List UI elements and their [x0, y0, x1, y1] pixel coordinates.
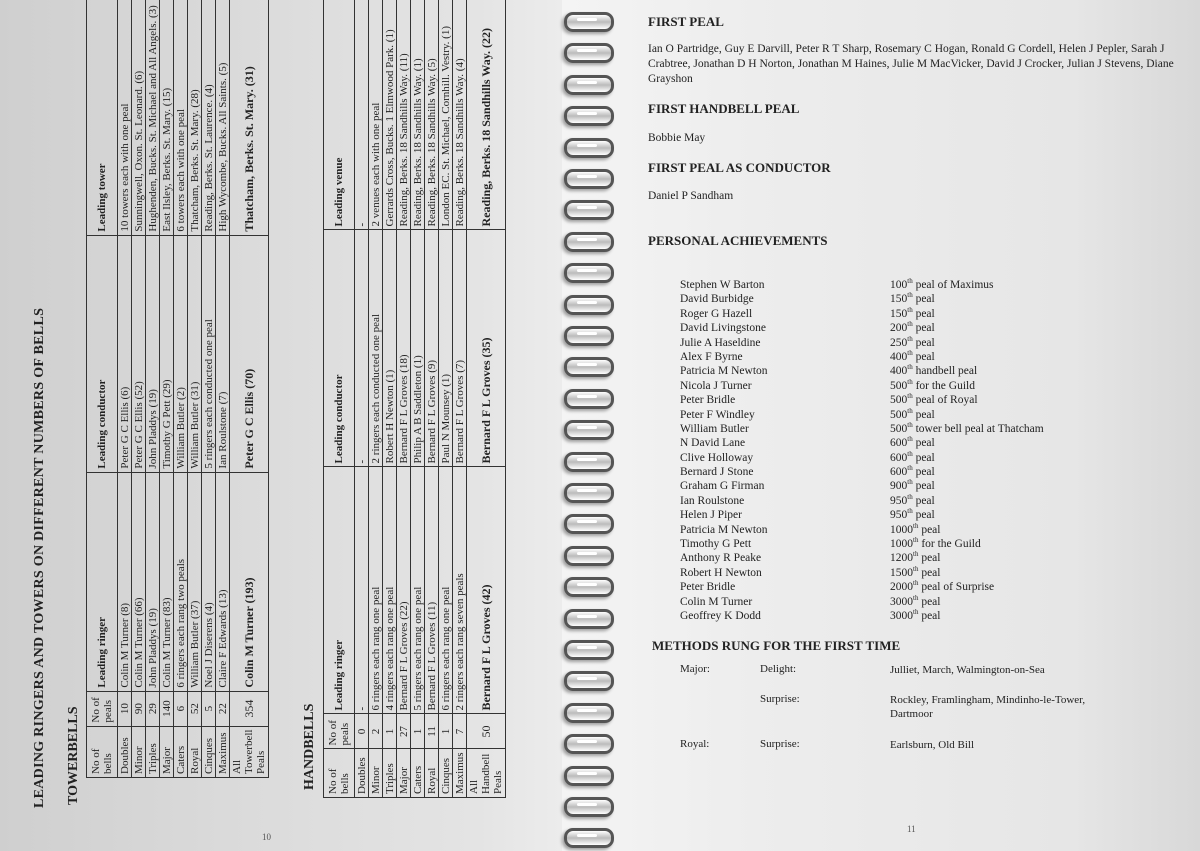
spiral-ring [564, 12, 614, 32]
cell-venue: Reading, Berks. 18 Sandhills Way. (22) [467, 0, 506, 230]
achievement-desc: 1000th for the Guild [890, 537, 981, 551]
achiever-name: Anthony R Peake [680, 551, 890, 565]
method-category [680, 693, 760, 721]
achievement-text: peal [916, 437, 935, 449]
achievement-number: 3000 [890, 596, 913, 608]
method-type: Surprise: [760, 693, 890, 721]
achievement-number: 400 [890, 351, 907, 363]
achievement-item: Roger G Hazell150th peal [680, 307, 1044, 321]
spiral-ring [564, 797, 614, 817]
achievement-desc: 150th peal [890, 292, 935, 306]
achievement-item: Geoffrey K Dodd3000th peal [680, 609, 1044, 623]
achievement-text: peal [916, 409, 935, 421]
cell-peals: 11 [425, 714, 439, 749]
cell-conductor: Timothy G Pett (29) [160, 235, 174, 472]
achievement-number: 3000 [890, 610, 913, 622]
achievement-text: peal [916, 495, 935, 507]
cell-tower: Hughenden, Bucks. St. Michael and All An… [146, 0, 160, 235]
achievement-text: peal [916, 322, 935, 334]
cell-bells: Maximus [216, 726, 230, 777]
achievement-number: 500 [890, 409, 907, 421]
achievement-number: 1500 [890, 567, 913, 579]
cell-peals: 2 [369, 714, 383, 749]
achiever-name: Clive Holloway [680, 451, 890, 465]
achievement-desc: 500th for the Guild [890, 379, 975, 393]
achievement-desc: 150th peal [890, 307, 935, 321]
achiever-name: Robert H Newton [680, 566, 890, 580]
cell-venue: Reading, Berks. 18 Sandhills Way. (11) [397, 0, 411, 230]
cell-peals: 354 [230, 691, 269, 726]
achievement-item: Graham G Firman900th peal [680, 479, 1044, 493]
achievement-text: peal [916, 293, 935, 305]
achievement-number: 1000 [890, 538, 913, 550]
handbells-table: No of bells No of peals Leading ringer L… [323, 0, 506, 798]
achievement-number: 400 [890, 365, 907, 377]
achiever-name: Roger G Hazell [680, 307, 890, 321]
achiever-name: Peter Bridle [680, 580, 890, 594]
achievement-desc: 1200th peal [890, 551, 940, 565]
achievement-desc: 100th peal of Maximus [890, 278, 994, 292]
achievement-text: peal [921, 610, 940, 622]
methods-heading: METHODS RUNG FOR THE FIRST TIME [652, 638, 900, 654]
spiral-ring [564, 483, 614, 503]
achievement-item: Helen J Piper950th peal [680, 508, 1044, 522]
spiral-ring [564, 734, 614, 754]
ordinal-suffix: th [913, 522, 918, 530]
ordinal-suffix: th [907, 478, 912, 486]
spiral-ring [564, 577, 614, 597]
achievement-number: 100 [890, 279, 907, 291]
cell-ringer: Colin M Turner (83) [160, 472, 174, 691]
spiral-ring [564, 671, 614, 691]
cell-ringer: Claire F Edwards (13) [216, 472, 230, 691]
cell-bells: All Towerbell Peals [230, 726, 269, 777]
achievement-desc: 600th peal [890, 465, 935, 479]
spiral-ring [564, 169, 614, 189]
cell-conductor: William Butler (31) [188, 235, 202, 472]
ordinal-suffix: th [913, 550, 918, 558]
cell-bells: Triples [383, 749, 397, 798]
cell-conductor: Peter G C Ellis (6) [118, 235, 132, 472]
table-row: Major27Bernard F L Groves (22)Bernard F … [397, 0, 411, 798]
ordinal-suffix: th [907, 335, 912, 343]
table-total-row: All Towerbell Peals354Colin M Turner (19… [230, 0, 269, 778]
ordinal-suffix: th [907, 507, 912, 515]
method-category: Royal: [680, 738, 760, 752]
cell-ringer: 2 ringers each rang seven peals [453, 467, 467, 714]
col-header-tower: Leading tower [87, 0, 118, 235]
cell-peals: 29 [146, 691, 160, 726]
achievement-item: Patricia M Newton400th handbell peal [680, 364, 1044, 378]
achiever-name: Colin M Turner [680, 595, 890, 609]
achievement-text: for the Guild [921, 538, 980, 550]
table-row: Royal52William Butler (37)William Butler… [188, 0, 202, 778]
cell-conductor: Paul N Mounsey (1) [439, 230, 453, 467]
achievement-item: Alex F Byrne400th peal [680, 350, 1044, 364]
cell-venue: Reading, Berks. 18 Sandhills Way. (4) [453, 0, 467, 230]
cell-peals: 1 [383, 714, 397, 749]
achievement-item: Peter Bridle2000th peal of Surprise [680, 580, 1044, 594]
achievement-item: Peter Bridle500th peal of Royal [680, 393, 1044, 407]
achievement-desc: 900th peal [890, 479, 935, 493]
cell-peals: 50 [467, 714, 506, 749]
table-row: Minor26 ringers each rang one peal2 ring… [369, 0, 383, 798]
ordinal-suffix: th [907, 306, 912, 314]
cell-ringer: Colin M Turner (66) [132, 472, 146, 691]
ordinal-suffix: th [907, 363, 912, 371]
table-row: Doubles10Colin M Turner (8)Peter G C Ell… [118, 0, 132, 778]
cell-conductor: William Butler (2) [174, 235, 188, 472]
spiral-ring [564, 452, 614, 472]
ordinal-suffix: th [907, 464, 912, 472]
cell-peals: 27 [397, 714, 411, 749]
spiral-ring [564, 766, 614, 786]
achievement-text: peal [916, 337, 935, 349]
achievement-number: 500 [890, 380, 907, 392]
col-header-ringer: Leading ringer [87, 472, 118, 691]
achievement-text: peal [916, 466, 935, 478]
ordinal-suffix: th [913, 608, 918, 616]
first-peal-heading: FIRST PEAL [648, 14, 724, 30]
col-header-ringer: Leading ringer [324, 467, 355, 714]
cell-ringer: Colin M Turner (193) [230, 472, 269, 691]
cell-conductor: Bernard F L Groves (9) [425, 230, 439, 467]
method-names: Earlsburn, Old Bill [890, 738, 1110, 752]
achievement-desc: 500th peal of Royal [890, 393, 978, 407]
cell-conductor: Philip A B Saddleton (1) [411, 230, 425, 467]
personal-achievements-heading: PERSONAL ACHIEVEMENTS [648, 233, 828, 249]
cell-bells: Cinques [202, 726, 216, 777]
achievement-text: peal of Maximus [916, 279, 994, 291]
cell-bells: Royal [188, 726, 202, 777]
achiever-name: Patricia M Newton [680, 364, 890, 378]
cell-conductor: Peter G C Ellis (52) [132, 235, 146, 472]
achievement-text: peal [921, 552, 940, 564]
first-peal-as-conductor-text: Daniel P Sandham [648, 190, 733, 202]
achievement-item: Colin M Turner3000th peal [680, 595, 1044, 609]
cell-bells: Caters [174, 726, 188, 777]
cell-peals: 6 [174, 691, 188, 726]
ordinal-suffix: th [907, 392, 912, 400]
achievement-item: Stephen W Barton100th peal of Maximus [680, 278, 1044, 292]
spiral-ring [564, 609, 614, 629]
ordinal-suffix: th [907, 407, 912, 415]
spiral-ring [564, 138, 614, 158]
spiral-ring [564, 357, 614, 377]
achievement-number: 500 [890, 394, 907, 406]
achievement-desc: 950th peal [890, 494, 935, 508]
achiever-name: Geoffrey K Dodd [680, 609, 890, 623]
achievement-text: peal [916, 509, 935, 521]
achievement-number: 1000 [890, 524, 913, 536]
table-row: Cinques16 ringers each rang one pealPaul… [439, 0, 453, 798]
cell-tower: High Wycombe, Bucks. All Saints. (5) [216, 0, 230, 235]
achievement-item: David Livingstone200th peal [680, 321, 1044, 335]
cell-conductor: Bernard F L Groves (7) [453, 230, 467, 467]
cell-bells: Cinques [439, 749, 453, 798]
achievement-desc: 250th peal [890, 336, 935, 350]
achievement-desc: 200th peal [890, 321, 935, 335]
ordinal-suffix: th [907, 291, 912, 299]
achievement-item: Patricia M Newton1000th peal [680, 523, 1044, 537]
achievement-item: Clive Holloway600th peal [680, 451, 1044, 465]
achiever-name: Julie A Haseldine [680, 336, 890, 350]
ordinal-suffix: th [913, 594, 918, 602]
achievement-desc: 500th peal [890, 408, 935, 422]
table-row: Minor90Colin M Turner (66)Peter G C Elli… [132, 0, 146, 778]
ordinal-suffix: th [913, 536, 918, 544]
ordinal-suffix: th [907, 378, 912, 386]
cell-tower: East Ilsley, Berks. St. Mary. (15) [160, 0, 174, 235]
table-row: Doubles0--- [355, 0, 369, 798]
method-type: Delight: [760, 663, 890, 677]
table-row: Cinques5Noel J Diserens (4)5 ringers eac… [202, 0, 216, 778]
table-row: Maximus22Claire F Edwards (13)Ian Roulst… [216, 0, 230, 778]
achievement-number: 150 [890, 308, 907, 320]
achievement-text: peal [921, 567, 940, 579]
ordinal-suffix: th [907, 435, 912, 443]
first-peal-text: Ian O Partridge, Guy E Darvill, Peter R … [648, 42, 1188, 87]
table-header-row: No of bells No of peals Leading ringer L… [324, 0, 355, 798]
achievement-number: 2000 [890, 581, 913, 593]
ordinal-suffix: th [913, 579, 918, 587]
achievement-item: Nicola J Turner500th for the Guild [680, 379, 1044, 393]
spiral-ring [564, 640, 614, 660]
cell-conductor: Peter G C Ellis (70) [230, 235, 269, 472]
achiever-name: William Butler [680, 422, 890, 436]
cell-bells: Doubles [118, 726, 132, 777]
spiral-ring [564, 389, 614, 409]
first-peal-as-conductor-heading: FIRST PEAL AS CONDUCTOR [648, 160, 831, 176]
spiral-ring [564, 326, 614, 346]
cell-conductor: John Pladdys (19) [146, 235, 160, 472]
ordinal-suffix: th [907, 277, 912, 285]
cell-ringer: Bernard F L Groves (11) [425, 467, 439, 714]
achievement-item: Bernard J Stone600th peal [680, 465, 1044, 479]
first-handbell-peal-heading: FIRST HANDBELL PEAL [648, 101, 799, 117]
table-row: Caters66 ringers each rang two pealsWill… [174, 0, 188, 778]
achievement-number: 600 [890, 466, 907, 478]
cell-ringer: 5 ringers each rang one peal [411, 467, 425, 714]
cell-ringer: Noel J Diserens (4) [202, 472, 216, 691]
cell-venue: 2 venues each with one peal [369, 0, 383, 230]
ordinal-suffix: th [913, 565, 918, 573]
method-type: Surprise: [760, 738, 890, 752]
achievement-desc: 600th peal [890, 451, 935, 465]
achievement-desc: 600th peal [890, 436, 935, 450]
achievement-text: handbell peal [916, 365, 978, 377]
col-header-peals: No of peals [87, 691, 118, 726]
achievement-number: 600 [890, 437, 907, 449]
spiral-ring [564, 295, 614, 315]
ordinal-suffix: th [907, 450, 912, 458]
achievement-number: 250 [890, 337, 907, 349]
cell-conductor: Bernard F L Groves (35) [467, 230, 506, 467]
cell-conductor: Ian Roulstone (7) [216, 235, 230, 472]
cell-venue: - [355, 0, 369, 230]
spiral-ring [564, 546, 614, 566]
achiever-name: Graham G Firman [680, 479, 890, 493]
spiral-ring [564, 43, 614, 63]
cell-peals: 90 [132, 691, 146, 726]
achievement-desc: 2000th peal of Surprise [890, 580, 994, 594]
cell-tower: Sunningwell, Oxon. St. Leonard. (6) [132, 0, 146, 235]
spiral-binding [560, 0, 610, 851]
cell-tower: Reading, Berks. St. Laurence. (4) [202, 0, 216, 235]
table-header-row: No of bells No of peals Leading ringer L… [87, 0, 118, 778]
method-row: Surprise:Rockley, Framlingham, Mindinho-… [680, 693, 1110, 721]
cell-venue: Reading, Berks. 18 Sandhills Way. (1) [411, 0, 425, 230]
cell-peals: 10 [118, 691, 132, 726]
cell-ringer: Bernard F L Groves (42) [467, 467, 506, 714]
table-row: Royal11Bernard F L Groves (11)Bernard F … [425, 0, 439, 798]
achievement-desc: 500th tower bell peal at Thatcham [890, 422, 1044, 436]
achievement-item: David Burbidge150th peal [680, 292, 1044, 306]
spiral-ring [564, 828, 614, 848]
table-row: Major140Colin M Turner (83)Timothy G Pet… [160, 0, 174, 778]
achiever-name: Alex F Byrne [680, 350, 890, 364]
cell-peals: 52 [188, 691, 202, 726]
spiral-ring [564, 232, 614, 252]
cell-venue: London EC. St. Michael, Cornhill. Vestry… [439, 0, 453, 230]
towerbells-table: No of bells No of peals Leading ringer L… [86, 0, 269, 778]
achievement-number: 950 [890, 509, 907, 521]
cell-ringer: William Butler (37) [188, 472, 202, 691]
spiral-ring [564, 75, 614, 95]
cell-ringer: 6 ringers each rang one peal [439, 467, 453, 714]
cell-conductor: Robert H Newton (1) [383, 230, 397, 467]
cell-peals: 1 [411, 714, 425, 749]
col-header-conductor: Leading conductor [87, 235, 118, 472]
achiever-name: Peter Bridle [680, 393, 890, 407]
page-title: LEADING RINGERS AND TOWERS ON DIFFERENT … [32, 308, 48, 808]
handbells-title: HANDBELLS [302, 704, 318, 790]
achievement-item: Ian Roulstone950th peal [680, 494, 1044, 508]
achiever-name: N David Lane [680, 436, 890, 450]
achievement-desc: 1500th peal [890, 566, 940, 580]
cell-bells: Caters [411, 749, 425, 798]
col-header-peals: No of peals [324, 714, 355, 749]
table-row: Caters15 ringers each rang one pealPhili… [411, 0, 425, 798]
cell-peals: 22 [216, 691, 230, 726]
achievement-number: 600 [890, 452, 907, 464]
cell-venue: Reading, Berks. 18 Sandhills Way. (5) [425, 0, 439, 230]
cell-conductor: 5 ringers each conducted one peal [202, 235, 216, 472]
achievement-text: peal of Royal [916, 394, 978, 406]
achievement-desc: 400th handbell peal [890, 364, 977, 378]
achievement-text: peal [916, 308, 935, 320]
achievement-desc: 3000th peal [890, 595, 940, 609]
achievement-text: peal [916, 452, 935, 464]
achievement-text: peal [916, 480, 935, 492]
cell-conductor: - [355, 230, 369, 467]
achievement-text: peal [916, 351, 935, 363]
cell-ringer: 6 ringers each rang two peals [174, 472, 188, 691]
achievement-desc: 1000th peal [890, 523, 940, 537]
spiral-ring [564, 263, 614, 283]
cell-venue: Gerrards Cross, Bucks. 1 Elmwood Park. (… [383, 0, 397, 230]
col-header-bells: No of bells [324, 749, 355, 798]
achievement-desc: 400th peal [890, 350, 935, 364]
page-number-left: 10 [262, 832, 271, 842]
cell-bells: Major [397, 749, 411, 798]
achievement-text: tower bell peal at Thatcham [916, 423, 1044, 435]
achievement-number: 1200 [890, 552, 913, 564]
achiever-name: Nicola J Turner [680, 379, 890, 393]
achievement-item: Peter F Windley500th peal [680, 408, 1044, 422]
cell-bells: Maximus [453, 749, 467, 798]
spiral-ring [564, 420, 614, 440]
cell-bells: Major [160, 726, 174, 777]
achievement-number: 900 [890, 480, 907, 492]
table-total-row: All Handbell Peals50Bernard F L Groves (… [467, 0, 506, 798]
cell-ringer: 4 ringers each rang one peal [383, 467, 397, 714]
ordinal-suffix: th [907, 421, 912, 429]
cell-peals: 7 [453, 714, 467, 749]
cell-tower: 10 towers each with one peal [118, 0, 132, 235]
achievement-item: Timothy G Pett1000th for the Guild [680, 537, 1044, 551]
achievement-item: Julie A Haseldine250th peal [680, 336, 1044, 350]
achiever-name: David Burbidge [680, 292, 890, 306]
cell-peals: 5 [202, 691, 216, 726]
achievement-text: peal of Surprise [921, 581, 994, 593]
spiral-ring [564, 200, 614, 220]
achievement-item: Anthony R Peake1200th peal [680, 551, 1044, 565]
cell-peals: 1 [439, 714, 453, 749]
achiever-name: Bernard J Stone [680, 465, 890, 479]
cell-bells: Royal [425, 749, 439, 798]
col-header-venue: Leading venue [324, 0, 355, 230]
cell-bells: All Handbell Peals [467, 749, 506, 798]
achiever-name: Timothy G Pett [680, 537, 890, 551]
col-header-conductor: Leading conductor [324, 230, 355, 467]
achievement-desc: 3000th peal [890, 609, 940, 623]
achievement-number: 500 [890, 423, 907, 435]
cell-ringer: - [355, 467, 369, 714]
ordinal-suffix: th [907, 349, 912, 357]
achievement-item: Robert H Newton1500th peal [680, 566, 1044, 580]
cell-bells: Doubles [355, 749, 369, 798]
ordinal-suffix: th [907, 320, 912, 328]
page-number-right: 11 [907, 824, 916, 834]
table-row: Triples14 ringers each rang one pealRobe… [383, 0, 397, 798]
cell-bells: Triples [146, 726, 160, 777]
achievement-number: 200 [890, 322, 907, 334]
first-handbell-peal-text: Bobbie May [648, 132, 705, 144]
spiral-ring [564, 106, 614, 126]
achiever-name: Ian Roulstone [680, 494, 890, 508]
method-row: Major:Delight:Julliet, March, Walmington… [680, 663, 1110, 677]
cell-conductor: 2 ringers each conducted one peal [369, 230, 383, 467]
achievement-text: peal [921, 596, 940, 608]
achiever-name: David Livingstone [680, 321, 890, 335]
achievement-desc: 950th peal [890, 508, 935, 522]
cell-tower: 6 towers each with one peal [174, 0, 188, 235]
cell-ringer: Bernard F L Groves (22) [397, 467, 411, 714]
cell-tower: Thatcham, Berks. St. Mary. (28) [188, 0, 202, 235]
achiever-name: Peter F Windley [680, 408, 890, 422]
cell-ringer: 6 ringers each rang one peal [369, 467, 383, 714]
achievement-number: 950 [890, 495, 907, 507]
method-names: Rockley, Framlingham, Mindinho-le-Tower,… [890, 693, 1110, 721]
col-header-bells: No of bells [87, 726, 118, 777]
cell-conductor: Bernard F L Groves (18) [397, 230, 411, 467]
cell-ringer: Colin M Turner (8) [118, 472, 132, 691]
achievement-text: for the Guild [916, 380, 975, 392]
achievement-item: N David Lane600th peal [680, 436, 1044, 450]
cell-bells: Minor [132, 726, 146, 777]
method-category: Major: [680, 663, 760, 677]
